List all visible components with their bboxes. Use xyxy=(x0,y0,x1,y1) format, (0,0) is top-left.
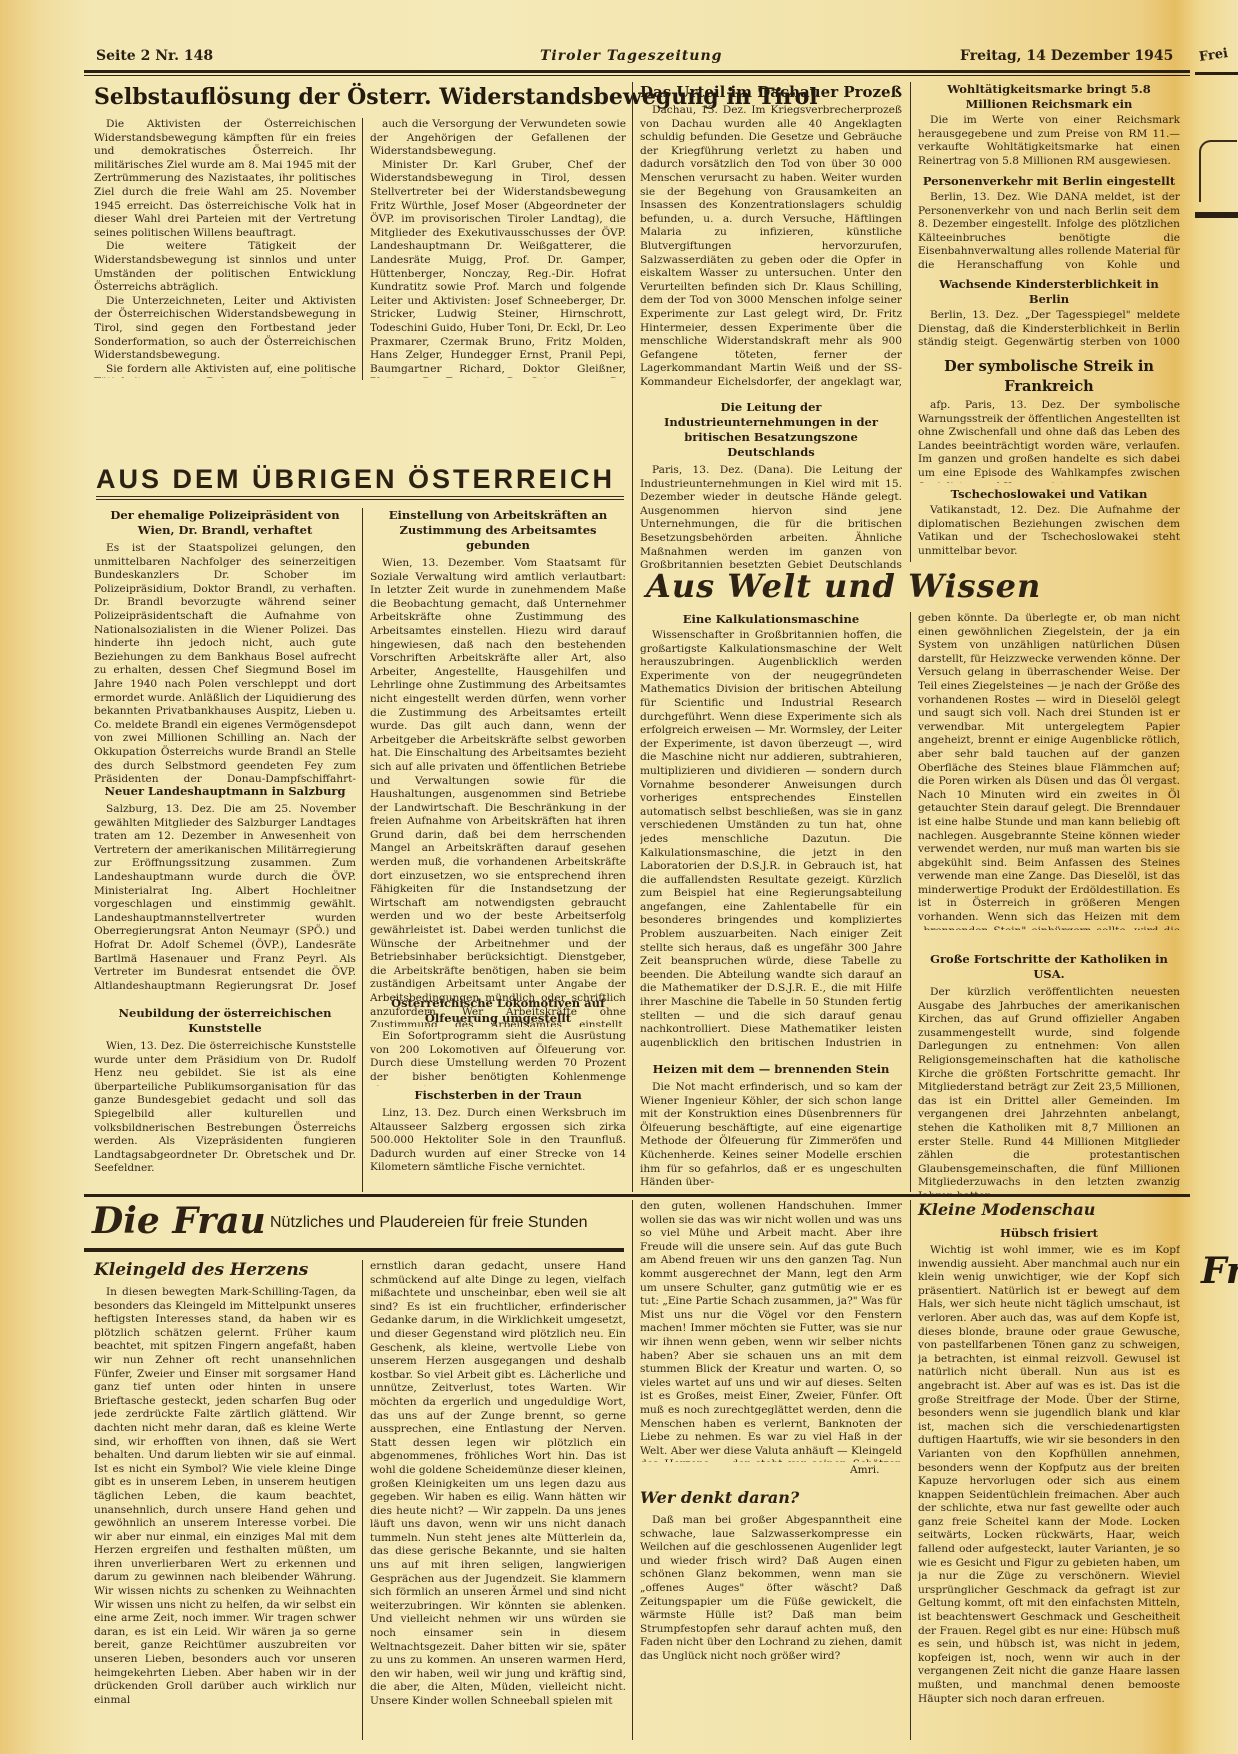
article-paragraph: In diesen bewegten Mark-Schilling-Tagen,… xyxy=(94,1286,356,1707)
article-salzburg: Neuer Landeshauptmann in Salzburg Salzbu… xyxy=(94,784,356,993)
article-paragraph: ernstlich daran gedacht, unsere Hand sch… xyxy=(370,1260,626,1709)
column-divider xyxy=(910,1200,911,1740)
article-text: Dachau, 13. Dez. Im Kriegsverbrecherproz… xyxy=(640,104,902,390)
article-paragraph: Berlin, 13. Dez. Wie DANA meldet, ist de… xyxy=(918,191,1180,273)
article-headline: Tschechoslowakei und Vatikan xyxy=(918,487,1180,502)
article-text: Berlin, 13. Dez. Wie DANA meldet, ist de… xyxy=(918,191,1180,273)
article-lokomotiven: Österreichische Lokomotiven auf Ölfeueru… xyxy=(370,996,626,1086)
article-calc: Eine Kalkulationsmaschine Wissenschafter… xyxy=(640,612,902,1047)
author-signature: Amri. xyxy=(850,1464,880,1476)
wer-denkt-text: Daß man bei großer Abgespanntheit eine s… xyxy=(640,1514,902,1734)
article-headline: Österreichische Lokomotiven auf Ölfeueru… xyxy=(370,996,626,1026)
section-subtitle-women: Nützliches und Plaudereien für freie Stu… xyxy=(270,1214,588,1232)
article-text: Wien, 13. Dez. Die österreichische Kunst… xyxy=(94,1040,356,1190)
article-text: afp. Paris, 13. Dez. Der symbolische War… xyxy=(918,399,1180,483)
page-number: Seite 2 Nr. 148 xyxy=(96,48,213,64)
article-text: Paris, 13. Dez. (Dana). Die Leitung der … xyxy=(640,464,902,574)
article-heating: Heizen mit dem — brennenden Stein Die No… xyxy=(640,1062,902,1191)
section-title-science: Aus Welt und Wissen xyxy=(646,566,1041,606)
article-paragraph: geben könnte. Da überlegte er, ob man ni… xyxy=(918,612,1180,930)
article-headline: Wachsende Kindersterblichkeit in Berlin xyxy=(918,277,1180,307)
article-kunststelle: Neubildung der österreichischen Kunstste… xyxy=(94,1006,356,1190)
article-paragraph: Vatikanstadt, 12. Dez. Die Aufnahme der … xyxy=(918,504,1180,558)
column-divider xyxy=(910,82,911,562)
kleingeld-col-1: In diesen bewegten Mark-Schilling-Tagen,… xyxy=(94,1286,356,1732)
lead-paragraph: Die weitere Tätigkeit der Widerstandsbew… xyxy=(94,240,356,294)
article-headline: Große Fortschritte der Katholiken in USA… xyxy=(918,952,1180,982)
section-title-austria: AUS DEM ÜBRIGEN ÖSTERREICH xyxy=(96,462,624,500)
article-headline: Die Leitung der Industrieunternehmungen … xyxy=(640,400,902,460)
article-text: Der kürzlich veröffentlichten neuesten A… xyxy=(918,986,1180,1196)
article-text: Vatikanstadt, 12. Dez. Die Aufnahme der … xyxy=(918,504,1180,560)
article-paragraph: Der kürzlich veröffentlichten neuesten A… xyxy=(918,986,1180,1196)
article-headline: Der ehemalige Polizeipräsident von Wien,… xyxy=(94,508,356,538)
article-text: Wien, 13. Dezember. Vom Staatsamt für So… xyxy=(370,557,626,1027)
article-paragraph: Es ist der Staatspolizei gelungen, den u… xyxy=(94,542,356,787)
article-headline-kleingeld: Kleingeld des Herzens xyxy=(94,1260,308,1280)
next-page-date-fragment: Frei xyxy=(1198,46,1229,65)
lead-paragraph: Sie fordern alle Aktivisten auf, eine po… xyxy=(94,363,356,378)
lead-col-2: auch die Versorgung der Verwundeten sowi… xyxy=(370,118,626,378)
article-headline-wer-denkt: Wer denkt daran? xyxy=(640,1488,799,1507)
article-paragraph: Linz, 13. Dez. Durch einen Werksbruch im… xyxy=(370,1107,626,1175)
article-headline-mode: Hübsch frisiert xyxy=(918,1226,1180,1241)
column-divider xyxy=(362,118,363,380)
next-page-section-fragment: Fr xyxy=(1201,1250,1238,1292)
section-title-mode: Kleine Modenschau xyxy=(918,1200,1095,1219)
article-paragraph: afp. Paris, 13. Dez. Der symbolische War… xyxy=(918,399,1180,483)
article-headline: Heizen mit dem — brennenden Stein xyxy=(640,1062,902,1077)
article-text: Wissenschafter in Großbritannien hoffen,… xyxy=(640,629,902,1047)
article-paragraph: Die im Werte von einer Reichsmark heraus… xyxy=(918,114,1180,168)
article-text: Berlin, 13. Dez. „Der Tagesspiegel" meld… xyxy=(918,309,1180,351)
article-brandl: Der ehemalige Polizeipräsident von Wien,… xyxy=(94,508,356,787)
lead-paragraph: auch die Versorgung der Verwundeten sowi… xyxy=(370,118,626,159)
column-divider xyxy=(632,82,633,1192)
article-dachau: Das Urteil im Dachauer Prozeß Dachau, 13… xyxy=(640,82,902,390)
article-headline: Eine Kalkulationsmaschine xyxy=(640,612,902,627)
masthead-rule xyxy=(84,70,1190,73)
article-paragraph: Wichtig ist wohl immer, wie es im Kopf i… xyxy=(918,1244,1180,1706)
article-paragraph: Daß man bei großer Abgespanntheit eine s… xyxy=(640,1514,902,1664)
mode-text: Wichtig ist wohl immer, wie es im Kopf i… xyxy=(918,1244,1180,1734)
section-title-women: Die Frau xyxy=(92,1198,266,1244)
article-text: Salzburg, 13. Dez. Die am 25. November g… xyxy=(94,803,356,993)
right-news-column: Wohltätigkeitsmarke bringt 5.8 Millionen… xyxy=(918,82,1180,560)
article-headline: Das Urteil im Dachauer Prozeß xyxy=(640,82,902,102)
article-headline: Einstellung von Arbeitskräften an Zustim… xyxy=(370,508,626,553)
next-page-rule xyxy=(1195,72,1238,75)
article-arbeitskraefte: Einstellung von Arbeitskräften an Zustim… xyxy=(370,508,626,1027)
article-headline: Personenverkehr mit Berlin eingestellt xyxy=(918,174,1180,189)
next-page-strip: Frei Fr xyxy=(1195,0,1238,1754)
article-text: Linz, 13. Dez. Durch einen Werksbruch im… xyxy=(370,1107,626,1177)
article-headline: Fischsterben in der Traun xyxy=(370,1088,626,1103)
masthead-rule-thin xyxy=(84,75,1190,76)
article-text: Die Not macht erfinderisch, und so kam d… xyxy=(640,1081,902,1191)
lead-paragraph: Die Unterzeichneten, Leiter und Aktivist… xyxy=(94,295,356,363)
article-industry: Die Leitung der Industrieunternehmungen … xyxy=(640,400,902,574)
column-divider xyxy=(910,612,911,1192)
women-rule xyxy=(84,1248,624,1252)
column-divider xyxy=(362,1260,363,1740)
article-paragraph: Ein Sofortprogramm sieht die Ausrüstung … xyxy=(370,1030,626,1086)
article-fischsterben: Fischsterben in der Traun Linz, 13. Dez.… xyxy=(370,1088,626,1177)
article-paragraph: Paris, 13. Dez. (Dana). Die Leitung der … xyxy=(640,464,902,574)
issue-date: Freitag, 14 Dezember 1945 xyxy=(960,48,1173,64)
article-paragraph: Wien, 13. Dezember. Vom Staatsamt für So… xyxy=(370,557,626,1027)
article-paragraph: Dachau, 13. Dez. Im Kriegsverbrecherproz… xyxy=(640,104,902,390)
article-paragraph: Wissenschafter in Großbritannien hoffen,… xyxy=(640,629,902,1047)
lead-headline: Selbstauflösung der Österr. Widerstandsb… xyxy=(94,82,624,112)
article-headline: Wohltätigkeitsmarke bringt 5.8 Millionen… xyxy=(918,82,1180,112)
next-page-illustration xyxy=(1199,140,1237,202)
article-paragraph: Berlin, 13. Dez. „Der Tagesspiegel" meld… xyxy=(918,309,1180,351)
column-divider xyxy=(362,508,363,1192)
kleingeld-col-3: den guten, wollenen Handschuhen. Immer w… xyxy=(640,1200,902,1462)
article-paragraph: Wien, 13. Dez. Die österreichische Kunst… xyxy=(94,1040,356,1176)
article-headline: Neuer Landeshauptmann in Salzburg xyxy=(94,784,356,799)
paper-name: Tiroler Tageszeitung xyxy=(540,48,722,64)
article-text: Die im Werte von einer Reichsmark heraus… xyxy=(918,114,1180,170)
article-headline: Der symbolische Streik in Frankreich xyxy=(918,357,1180,397)
column-divider xyxy=(632,1200,633,1740)
article-paragraph: Salzburg, 13. Dez. Die am 25. November g… xyxy=(94,803,356,993)
section-separator xyxy=(84,1194,1190,1197)
article-heating-continued: geben könnte. Da überlegte er, ob man ni… xyxy=(918,612,1180,930)
article-catholics: Große Fortschritte der Katholiken in USA… xyxy=(918,952,1180,1196)
lead-paragraph: Die Aktivisten der Österreichischen Wide… xyxy=(94,118,356,240)
article-text: Es ist der Staatspolizei gelungen, den u… xyxy=(94,542,356,787)
lead-col-1: Die Aktivisten der Österreichischen Wide… xyxy=(94,118,356,378)
article-headline: Neubildung der österreichischen Kunstste… xyxy=(94,1006,356,1036)
article-text: Ein Sofortprogramm sieht die Ausrüstung … xyxy=(370,1030,626,1086)
article-paragraph: Die Not macht erfinderisch, und so kam d… xyxy=(640,1081,902,1190)
lead-paragraph: Minister Dr. Karl Gruber, Chef der Wider… xyxy=(370,159,626,378)
kleingeld-col-2: ernstlich daran gedacht, unsere Hand sch… xyxy=(370,1260,626,1732)
next-page-rule xyxy=(1195,212,1238,218)
article-paragraph: den guten, wollenen Handschuhen. Immer w… xyxy=(640,1200,902,1462)
